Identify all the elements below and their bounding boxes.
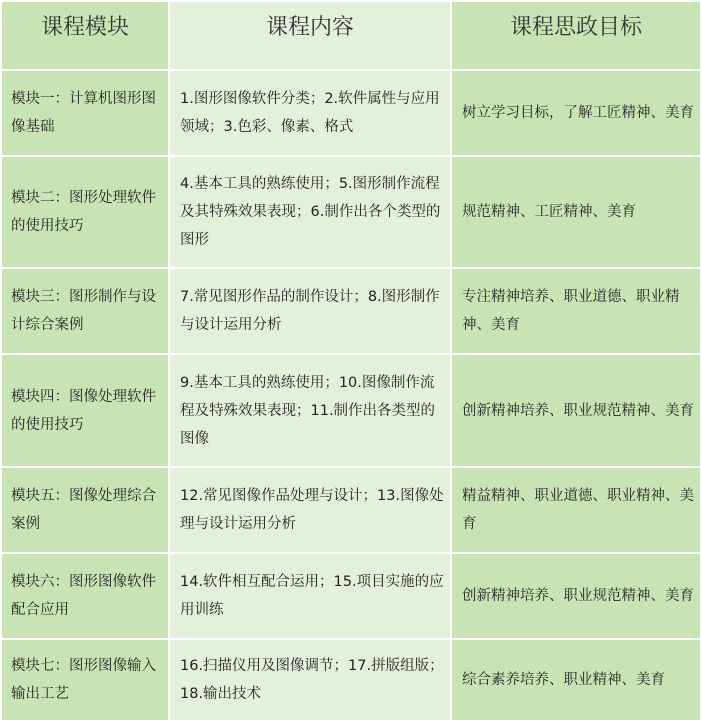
content-cell: 14.软件相互配合运用；15.项目实施的应用训练 bbox=[169, 553, 451, 639]
content-cell: 12.常见图像作品处理与设计；13.图像处理与设计运用分析 bbox=[169, 467, 451, 553]
goal-cell: 综合素养培养、职业精神、美育 bbox=[451, 639, 701, 720]
header-module: 课程模块 bbox=[1, 1, 169, 70]
table-row: 模块四：图像处理软件的使用技巧 9.基本工具的熟练使用；10.图像制作流程及特殊… bbox=[1, 354, 701, 467]
table-row: 模块五：图像处理综合案例 12.常见图像作品处理与设计；13.图像处理与设计运用… bbox=[1, 467, 701, 553]
module-cell: 模块三：图形制作与设计综合案例 bbox=[1, 268, 169, 354]
table-row: 模块三：图形制作与设计综合案例 7.常见图形作品的制作设计；8.图形制作与设计运… bbox=[1, 268, 701, 354]
goal-cell: 专注精神培养、职业道德、职业精神、美育 bbox=[451, 268, 701, 354]
goal-cell: 树立学习目标，了解工匠精神、美育 bbox=[451, 70, 701, 156]
header-row: 课程模块 课程内容 课程思政目标 bbox=[1, 1, 701, 70]
content-cell: 9.基本工具的熟练使用；10.图像制作流程及特殊效果表现；11.制作出各类型的图… bbox=[169, 354, 451, 467]
content-cell: 7.常见图形作品的制作设计；8.图形制作与设计运用分析 bbox=[169, 268, 451, 354]
goal-cell: 规范精神、工匠精神、美育 bbox=[451, 156, 701, 268]
module-cell: 模块五：图像处理综合案例 bbox=[1, 467, 169, 553]
header-content: 课程内容 bbox=[169, 1, 451, 70]
table-row: 模块一：计算机图形图像基础 1.图形图像软件分类；2.软件属性与应用领域；3.色… bbox=[1, 70, 701, 156]
module-cell: 模块七：图形图像输入输出工艺 bbox=[1, 639, 169, 720]
table-row: 模块七：图形图像输入输出工艺 16.扫描仪用及图像调节；17.拼版组版；18.输… bbox=[1, 639, 701, 720]
module-cell: 模块二：图形处理软件的使用技巧 bbox=[1, 156, 169, 268]
content-cell: 1.图形图像软件分类；2.软件属性与应用领域；3.色彩、像素、格式 bbox=[169, 70, 451, 156]
content-cell: 16.扫描仪用及图像调节；17.拼版组版；18.输出技术 bbox=[169, 639, 451, 720]
goal-cell: 创新精神培养、职业规范精神、美育 bbox=[451, 553, 701, 639]
course-table: 课程模块 课程内容 课程思政目标 模块一：计算机图形图像基础 1.图形图像软件分… bbox=[0, 0, 702, 720]
module-cell: 模块四：图像处理软件的使用技巧 bbox=[1, 354, 169, 467]
module-cell: 模块一：计算机图形图像基础 bbox=[1, 70, 169, 156]
goal-cell: 精益精神、职业道德、职业精神、美育 bbox=[451, 467, 701, 553]
goal-cell: 创新精神培养、职业规范精神、美育 bbox=[451, 354, 701, 467]
table-row: 模块二：图形处理软件的使用技巧 4.基本工具的熟练使用；5.图形制作流程及其特殊… bbox=[1, 156, 701, 268]
header-goal: 课程思政目标 bbox=[451, 1, 701, 70]
module-cell: 模块六：图形图像软件配合应用 bbox=[1, 553, 169, 639]
content-cell: 4.基本工具的熟练使用；5.图形制作流程及其特殊效果表现；6.制作出各个类型的图… bbox=[169, 156, 451, 268]
table-row: 模块六：图形图像软件配合应用 14.软件相互配合运用；15.项目实施的应用训练 … bbox=[1, 553, 701, 639]
